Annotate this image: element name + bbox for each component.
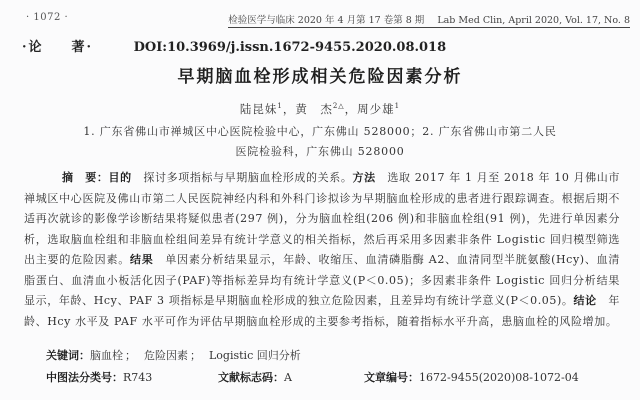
keyword: 脑血栓 [90,349,123,362]
article-number-label: 文章编号： [364,371,419,384]
doi[interactable]: DOI:10.3969/j.issn.1672-9455.2020.08.018 [134,40,447,55]
keywords-label: 关键词： [46,349,90,362]
clc-label: 中图法分类号： [46,371,123,384]
section-tag-left: ·论 [22,40,44,55]
author-affiliation-mark: 1 [395,102,400,110]
methods-label: 方法 [352,171,375,184]
author-separator: ， [345,102,358,116]
doi-row: ·论著· DOI:10.3969/j.issn.1672-9455.2020.0… [22,36,446,55]
affiliation-line-2: 医院检验科，广东佛山 528000 [0,143,640,159]
journal-name-cn: 检验医学与临床 2020 年 4 月第 17 卷第 8 期 [228,15,424,26]
author-separator: ， [283,102,296,116]
author-name: 周少雄 [357,102,395,116]
keyword-separator: ； [190,349,201,362]
paper-title: 早期脑血栓形成相关危险因素分析 [0,62,640,87]
author-name: 陆昆妹 [240,102,278,116]
keyword: 危险因素 [144,349,188,362]
author-list: 陆昆妹1，黄 杰2△，周少雄1 [0,101,640,117]
page-number: · 1072 · [26,12,68,23]
conclusion-label: 结论 [574,294,597,307]
paper-page: · 1072 · 检验医学与临床 2020 年 4 月第 17 卷第 8 期 L… [0,0,640,400]
clc-number: 中图法分类号：R743 [46,369,152,385]
document-code: 文献标志码：A [218,369,292,385]
abstract-label: 摘 要： [62,171,108,184]
keywords: 关键词：脑血栓；危险因素；Logistic 回归分析 [46,347,301,363]
affiliation-line-1: 1. 广东省佛山市禅城区中心医院检验中心，广东佛山 528000；2. 广东省佛… [0,123,640,139]
objective-text: 探讨多项指标与早期脑血栓形成的关系。 [132,171,353,184]
journal-citation-line: 检验医学与临床 2020 年 4 月第 17 卷第 8 期 Lab Med Cl… [228,12,630,28]
author-affiliation-mark: 2△ [333,102,345,110]
keyword-separator: ； [125,349,136,362]
section-tag-right: 著· [72,40,94,55]
objective-label: 目的 [108,171,131,184]
author-name: 黄 杰 [295,102,333,116]
article-number: 文章编号：1672-9455(2020)08-1072-04 [364,369,579,385]
running-head: · 1072 · 检验医学与临床 2020 年 4 月第 17 卷第 8 期 L… [26,12,632,28]
document-code-value: A [284,371,292,384]
methods-text: 选取 2017 年 1 月至 2018 年 10 月佛山市禅城区中心医院及佛山市… [24,171,620,266]
clc-value: R743 [123,371,152,384]
keyword: Logistic 回归分析 [209,349,301,362]
section-tag: ·论著· [22,40,93,55]
results-label: 结果 [130,253,154,266]
journal-name-en: Lab Med Clin, April 2020, Vol. 17, No. 8 [437,15,630,26]
article-number-value: 1672-9455(2020)08-1072-04 [419,371,579,384]
document-code-label: 文献标志码： [218,371,284,384]
abstract: 摘 要：目的 探讨多项指标与早期脑血栓形成的关系。方法 选取 2017 年 1 … [24,168,620,332]
